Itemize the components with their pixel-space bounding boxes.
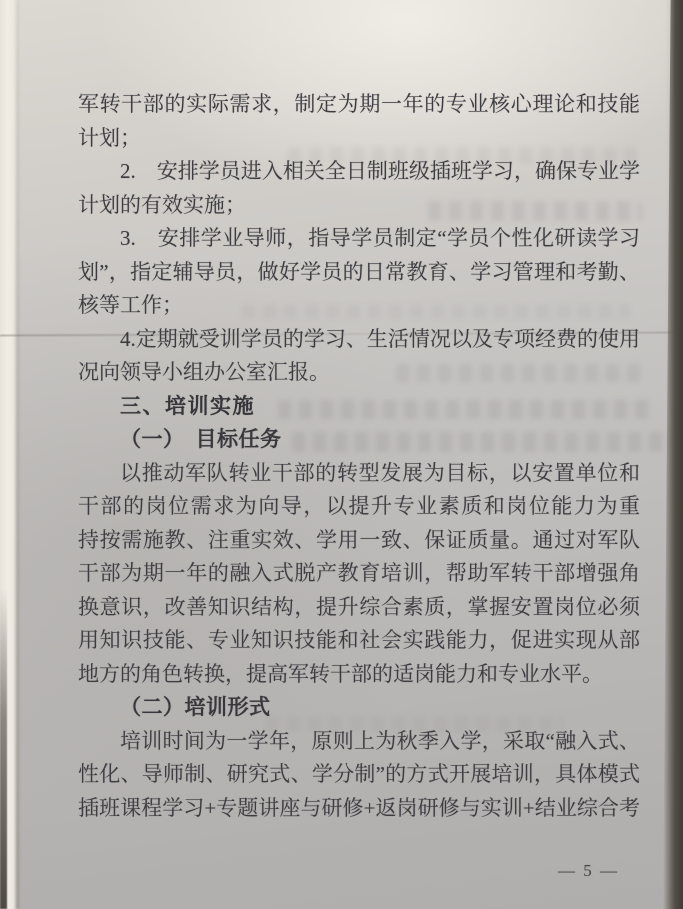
text-line: 干部的岗位需求为向导，以提升专业素质和岗位能力为重点，坚 [78,490,640,524]
photo-left-edge-shadow [0,589,7,909]
page-number: — 5 — [558,861,619,881]
text-line: 三、培训实施 [78,390,640,424]
text-line: 2. 安排学员进入相关全日制班级插班学习，确保专业学习 [78,155,640,189]
text-line: 地方的角色转换，提高军转干部的适岗能力和专业水平。 [78,658,640,692]
text-line: 性化、导师制、研究式、学分制”的方式开展培训，具体模式为： [78,758,640,792]
text-line: 3. 安排学业导师，指导学员制定“学员个性化研读学习计 [78,222,640,256]
photo-background: 军转干部的实际需求，制定为期一年的专业核心理论和技能课程计划；2. 安排学员进入… [0,0,683,909]
text-line: 用知识技能、专业知识技能和社会实践能力，促进实现从部队到 [78,624,640,658]
text-line: 换意识，改善知识结构，提升综合素质，掌握安置岗位必须的通 [78,591,640,625]
text-line: （一） 目标任务 [78,423,640,457]
text-line: 核等工作； [78,289,640,323]
text-line: 干部为期一年的融入式脱产教育培训，帮助军转干部增强角色转 [78,557,640,591]
page-text: 军转干部的实际需求，制定为期一年的专业核心理论和技能课程计划；2. 安排学员进入… [78,88,640,825]
text-line: 计划的有效实施； [78,189,640,223]
text-line: 插班课程学习+专题讲座与研修+返岗研修与实训+结业综合考 [78,792,640,826]
text-line: 培训时间为一学年，原则上为秋季入学，采取“融入式、个 [78,725,640,759]
text-line: 划”，指定辅导员，做好学员的日常教育、学习管理和考勤、考 [78,256,640,290]
text-line: 持按需施教、注重实效、学用一致、保证质量。通过对军队转业 [78,524,640,558]
text-line: 军转干部的实际需求，制定为期一年的专业核心理论和技能课程 [78,88,640,122]
text-line: （二）培训形式 [78,691,640,725]
text-line: 以推动军队转业干部的转型发展为目标，以安置单位和受训 [78,457,640,491]
text-line: 4.定期就受训学员的学习、生活情况以及专项经费的使用情 [78,323,640,357]
text-line: 计划； [78,122,640,156]
text-line: 况向领导小组办公室汇报。 [78,356,640,390]
paper-left-edge-seam [16,0,19,909]
